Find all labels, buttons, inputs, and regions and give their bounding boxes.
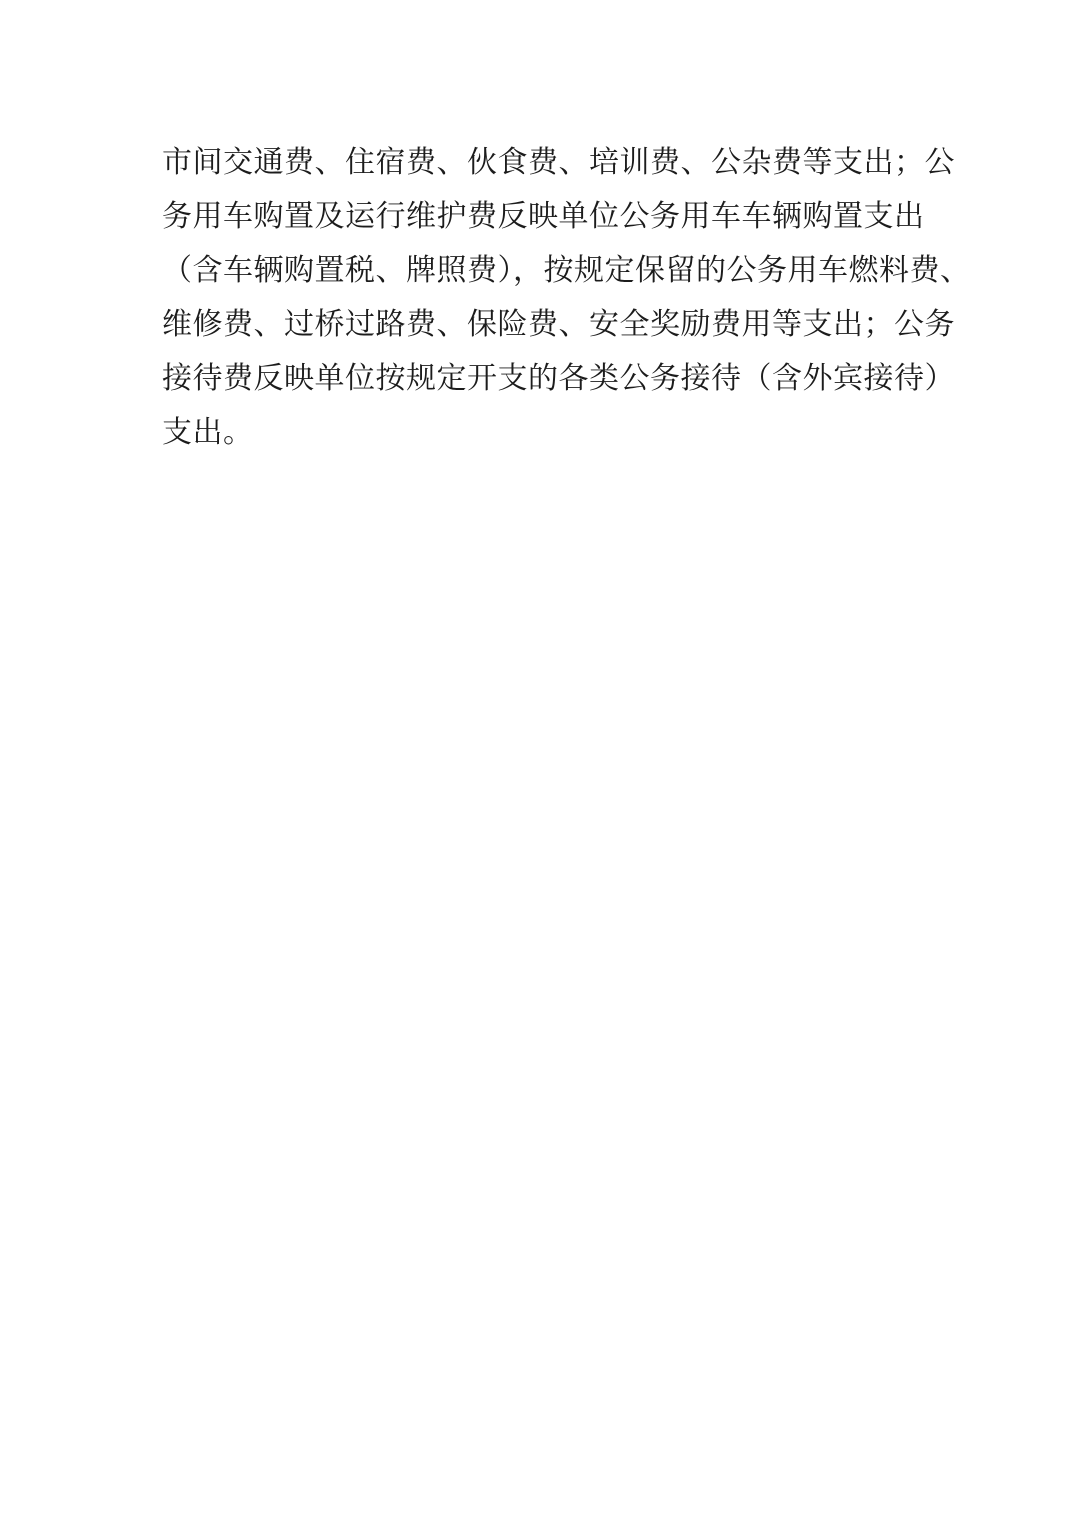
paragraph-line-6: 支出。 bbox=[162, 406, 914, 460]
paragraph-line-5: 接待费反映单位按规定开支的各类公务接待（含外宾接待） bbox=[162, 352, 914, 406]
paragraph-line-2: 务用车购置及运行维护费反映单位公务用车车辆购置支出 bbox=[162, 190, 914, 244]
paragraph-line-3: （含车辆购置税、牌照费），按规定保留的公务用车燃料费、 bbox=[162, 244, 914, 298]
paragraph-line-4: 维修费、过桥过路费、保险费、安全奖励费用等支出；公务 bbox=[162, 298, 914, 352]
document-page: 市间交通费、住宿费、伙食费、培训费、公杂费等支出；公 务用车购置及运行维护费反映… bbox=[0, 0, 1074, 1520]
paragraph-block: 市间交通费、住宿费、伙食费、培训费、公杂费等支出；公 务用车购置及运行维护费反映… bbox=[162, 136, 914, 460]
paragraph-line-1: 市间交通费、住宿费、伙食费、培训费、公杂费等支出；公 bbox=[162, 136, 914, 190]
